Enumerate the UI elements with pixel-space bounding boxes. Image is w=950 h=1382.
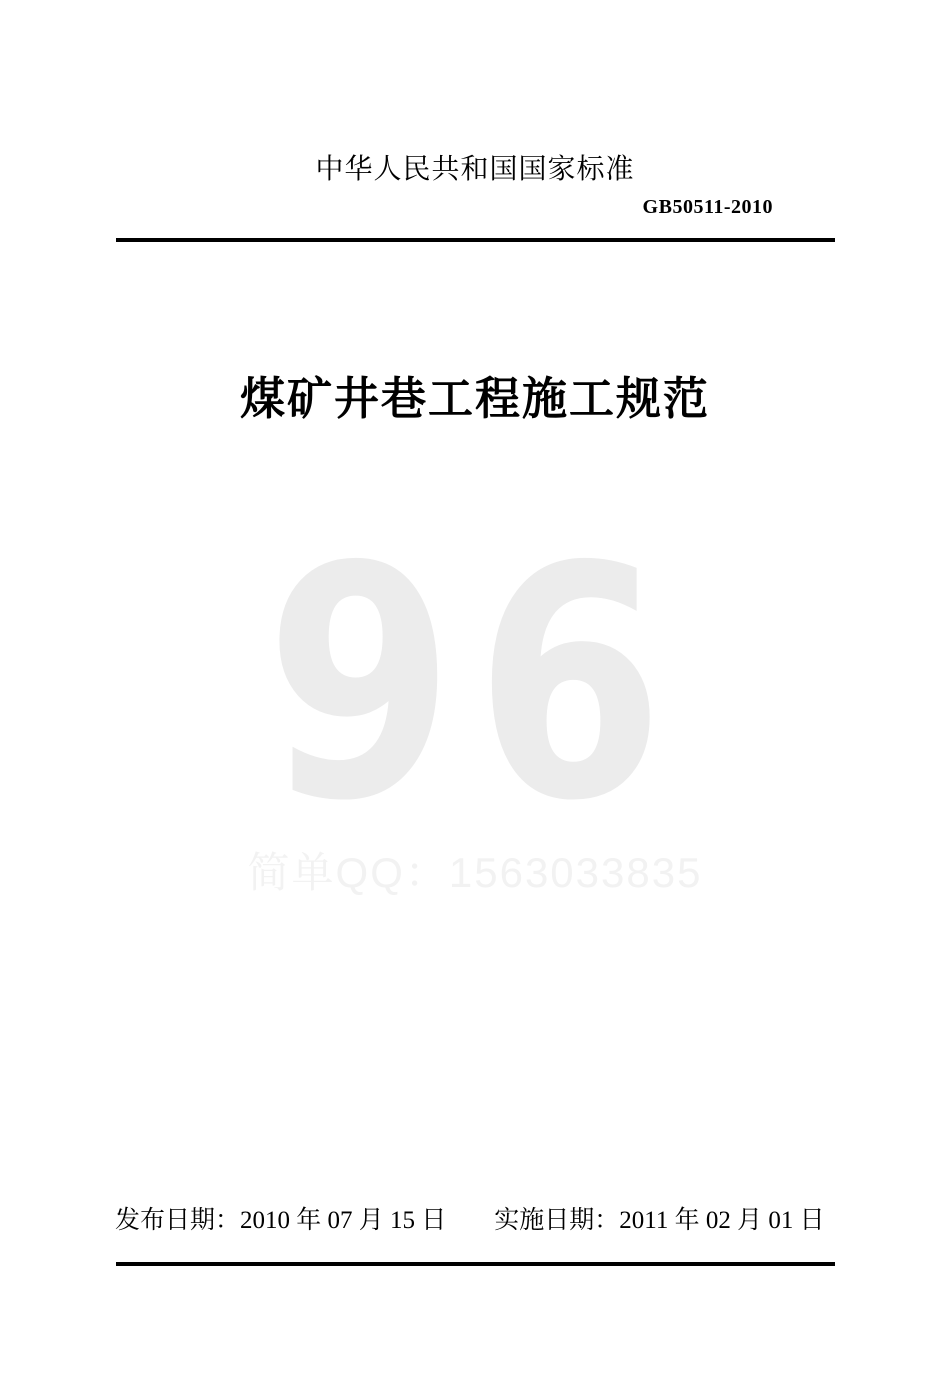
standard-name: 中华人民共和国国家标准 [0, 147, 950, 187]
dates-row: 发布日期：2010 年 07 月 15 日 实施日期：2011 年 02 月 0… [115, 1200, 825, 1236]
standard-code: GB50511-2010 [643, 196, 773, 219]
document-page: 中华人民共和国国家标准 GB50511-2010 煤矿井巷工程施工规范 96 简… [0, 0, 950, 1382]
footer-rule [116, 1262, 835, 1266]
implementation-date: 实施日期：2011 年 02 月 01 日 [494, 1200, 824, 1236]
watermark: 96 简单QQ：1563033835 [0, 0, 950, 1382]
header-rule [116, 238, 835, 242]
document-title: 煤矿井巷工程施工规范 [0, 362, 950, 427]
issue-date: 发布日期：2010 年 07 月 15 日 [115, 1200, 446, 1236]
watermark-number: 96 [71, 525, 879, 845]
watermark-caption: 简单QQ：1563033835 [0, 840, 950, 900]
